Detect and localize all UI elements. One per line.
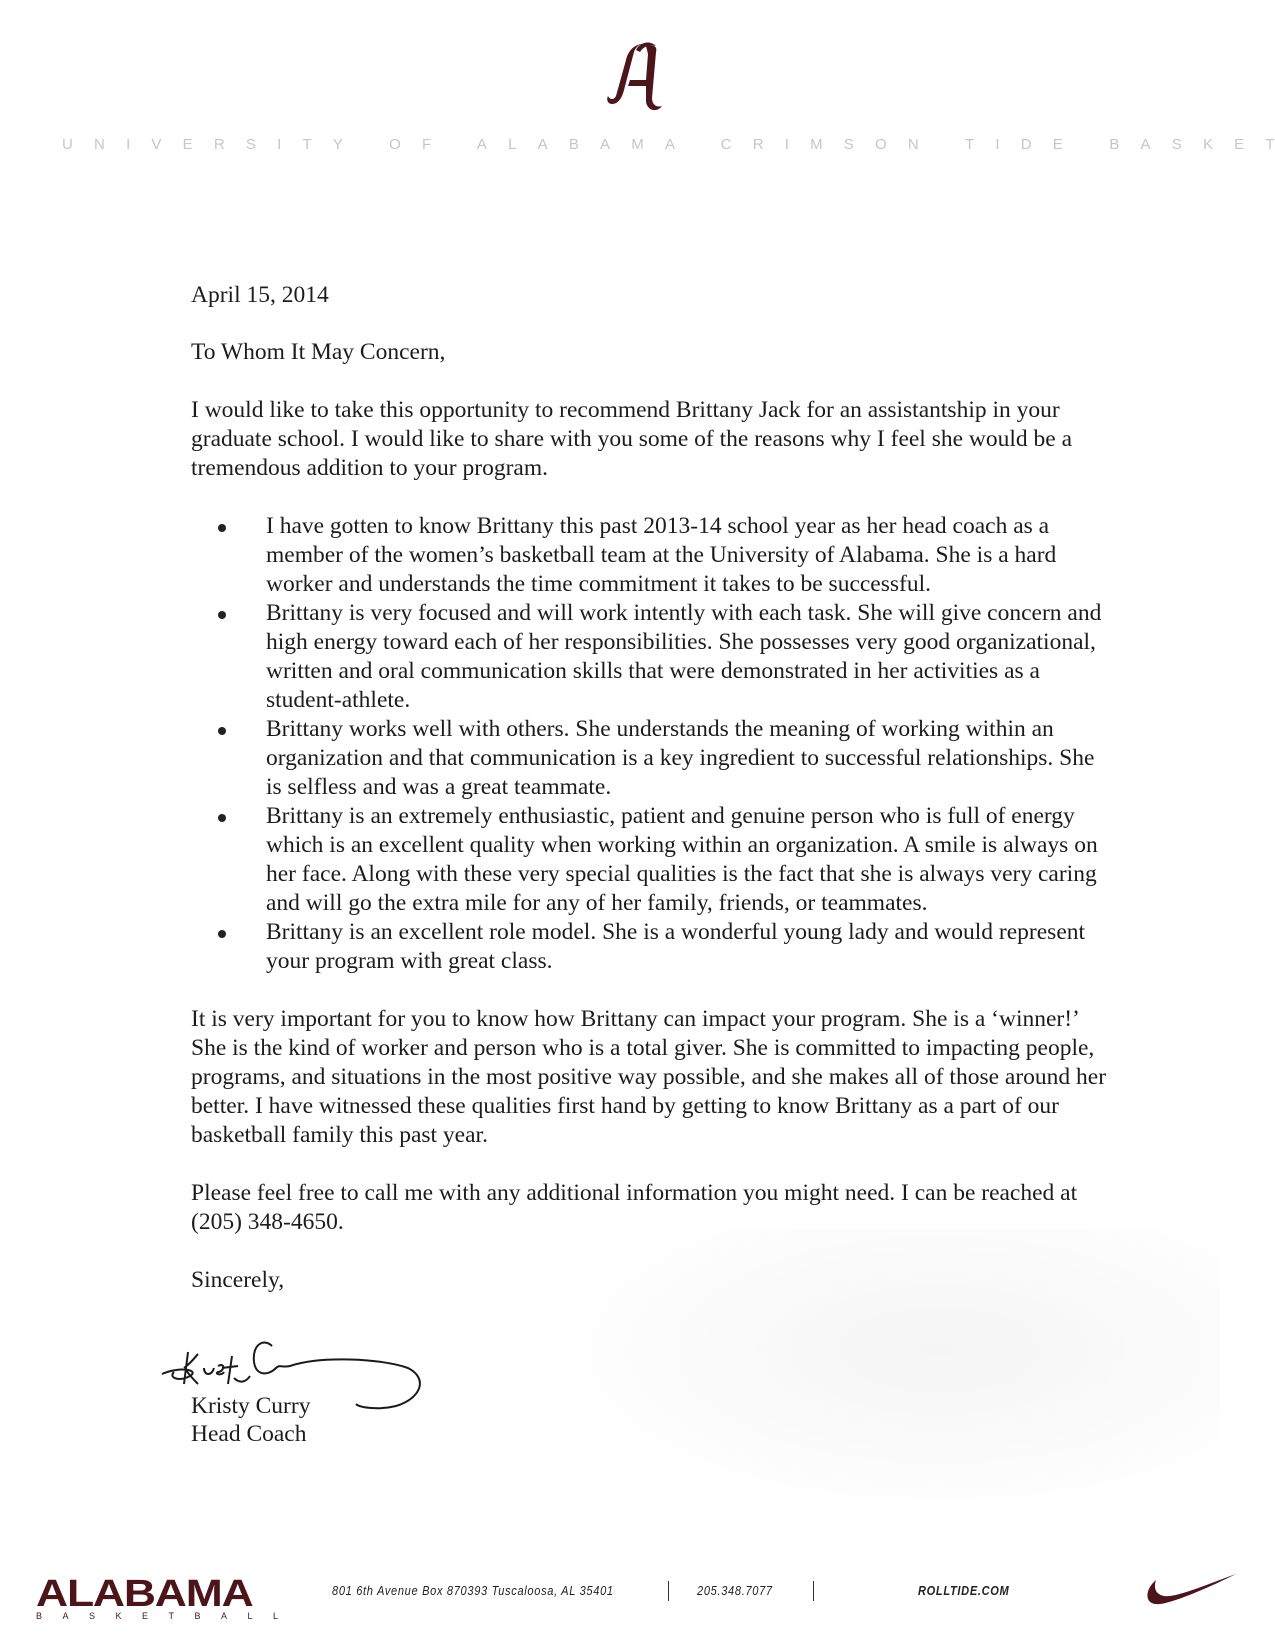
footer-address: 801 6th Avenue Box 870393 Tuscaloosa, AL… (332, 1583, 614, 1598)
list-item: Brittany is an extremely enthusiastic, p… (266, 802, 1111, 918)
letter-date: April 15, 2014 (191, 281, 1111, 310)
intro-paragraph: I would like to take this opportunity to… (191, 396, 1111, 483)
letter-page: UNIVERSITY OF ALABAMA CRIMSON TIDE BASKE… (0, 0, 1275, 1650)
footer-phone: 205.348.7077 (697, 1583, 773, 1598)
list-item: Brittany is an excellent role model. She… (266, 918, 1111, 976)
closing-paragraph: It is very important for you to know how… (191, 1005, 1111, 1150)
qualities-list: I have gotten to know Brittany this past… (191, 512, 1111, 976)
script-a-logo-icon (606, 40, 670, 114)
footer-brand-logo: ALABAMA (36, 1577, 253, 1611)
letter-greeting: To Whom It May Concern, (191, 338, 1111, 367)
organization-header: UNIVERSITY OF ALABAMA CRIMSON TIDE BASKE… (62, 136, 1222, 153)
letter-body: April 15, 2014 To Whom It May Concern, I… (191, 281, 1111, 1295)
contact-paragraph: Please feel free to call me with any add… (191, 1179, 1111, 1237)
swoosh-logo-icon (1142, 1572, 1238, 1608)
signer-name: Kristy Curry (191, 1393, 310, 1420)
list-item: I have gotten to know Brittany this past… (266, 512, 1111, 599)
list-item: Brittany is very focused and will work i… (266, 599, 1111, 715)
sign-off: Sincerely, (191, 1266, 1111, 1295)
signer-title: Head Coach (191, 1421, 307, 1448)
footer-divider (668, 1581, 669, 1601)
footer-website: ROLLTIDE.COM (918, 1583, 1009, 1598)
footer-divider (813, 1581, 814, 1601)
footer-brand-subtitle: BASKETBALL (36, 1611, 276, 1621)
list-item: Brittany works well with others. She und… (266, 715, 1111, 802)
